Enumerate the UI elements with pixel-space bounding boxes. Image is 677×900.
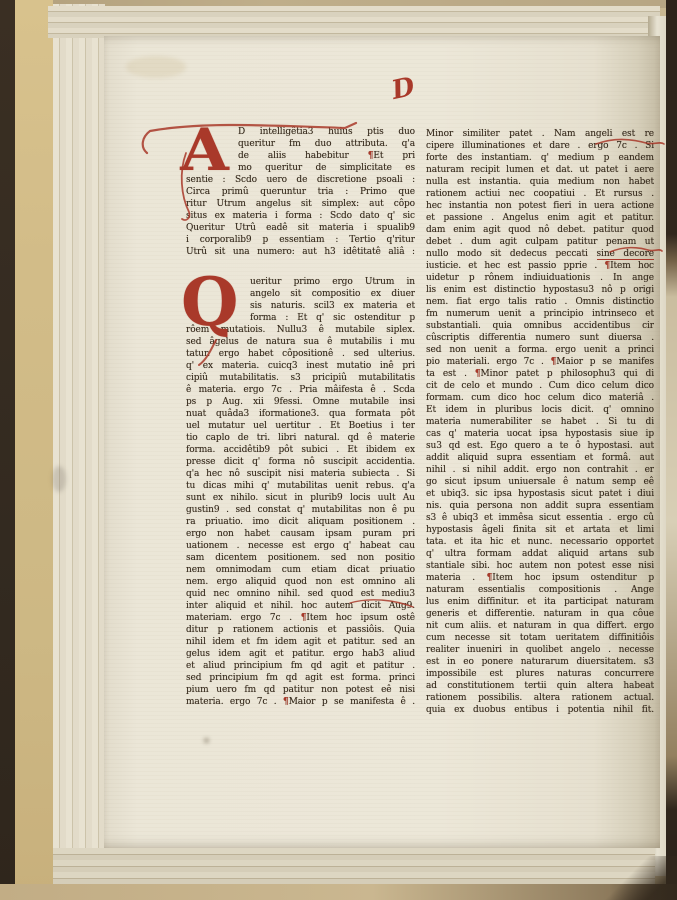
text-column-right: Minor similiter patet . Nam angeli est r… <box>426 128 654 716</box>
text-line: nihil idem et fm idem agit et patitur. s… <box>186 636 415 648</box>
text-line: quia ex duobus entibus i potentia nihil … <box>426 704 654 716</box>
text-line: rationem possibilis. altera rationem act… <box>426 692 654 704</box>
text-line: ritur Utrum angelus sit simplex: aut côp… <box>186 198 415 210</box>
text-line: s3 ê ubiq3 et immêsa sicut essentia . er… <box>426 512 654 524</box>
text-line: realiter inueniri in quolibet angelo . n… <box>426 644 654 656</box>
pilcrow-mark-icon: ¶ <box>301 613 307 623</box>
text-line: situs ex materia i forma : Scdo dato q' … <box>186 210 415 222</box>
text-line: tio caplo de tri. libri natural. qd ê ma… <box>186 432 415 444</box>
text-line: generis et differentie. naturam in qua c… <box>426 608 654 620</box>
text-line: et ubiq3. sic ipsa hypostasis sicut pate… <box>426 488 654 500</box>
text-line: formam. cum dico hoc celum dico materiâ … <box>426 392 654 404</box>
text-line: nem. fiat ergo talis ratio . Omnis disti… <box>426 296 654 308</box>
text-line: dam enim agit quod nô debet. patitur quo… <box>426 224 654 236</box>
text-line: nuat quâda3 iformatione3. qua formata pô… <box>186 408 415 420</box>
text-line: su3 qd est. Ego quero a te ô hypostasi. … <box>426 440 654 452</box>
text-line: i corporalib9 p essentiam : Tertio q'rit… <box>186 234 415 246</box>
text-line: ditur p rationem actionis et passiôis. Q… <box>186 624 415 636</box>
text-line: presse dicit q' forma nô suscipit accide… <box>186 456 415 468</box>
text-line: gustin9 . sed constat q' mutabilitas non… <box>186 504 415 516</box>
text-line: et passione . Angelus enim agit et patit… <box>426 212 654 224</box>
text-block: AD intelligêtia3 huius ptis duoqueritur … <box>186 126 415 258</box>
rubricated-initial-q: Q <box>181 269 239 335</box>
book-edge-right <box>666 0 677 900</box>
text-line: materia numerabiliter se habet . Si tu d… <box>426 416 654 428</box>
text-line: ta est . ¶Minor patet p philosophu3 qui … <box>426 368 654 380</box>
text-line: inter aliquid et nihil. hoc autem dicit … <box>186 600 415 612</box>
text-line: nem omnimodam cum etiam dicat priuatio <box>186 564 415 576</box>
red-underlined-phrase: sine decore <box>597 249 654 260</box>
text-line: cûscriptis differentia numero sunt diuer… <box>426 332 654 344</box>
page-stack-edges-left <box>53 4 105 896</box>
text-line: ps p Aug. xii 9fessi. Omne mutabile insi <box>186 396 415 408</box>
text-line: naturam recipit lumen et dat. ut patet i… <box>426 164 654 176</box>
text-line: pium uero fm qd patitur non potest eê ni… <box>186 684 415 696</box>
text-line: cit de celo et mundo . Cum dico celum di… <box>426 380 654 392</box>
text-line: q'a hec nô suscipit nisi materia subiect… <box>186 468 415 480</box>
text-line: rationem actiui nec coopatiui . Et rursu… <box>426 188 654 200</box>
text-line: lis enim est distinctio hypostasu3 nô p … <box>426 284 654 296</box>
aged-page-edges-left <box>15 0 53 900</box>
text-line: tu dicas mihi q' mutabilitas uenit rebus… <box>186 480 415 492</box>
text-line: quid nec omnino nihil. sed quod est medi… <box>186 588 415 600</box>
text-line: nullo modo sit dedecus peccati sine deco… <box>426 248 654 260</box>
text-line: est in eo ponere naturarum diuersitatem.… <box>426 656 654 668</box>
text-line: Et idem in pluribus locis dicit. q' omni… <box>426 404 654 416</box>
text-block: Minor similiter patet . Nam angeli est r… <box>426 128 654 716</box>
page-stack-edges-top <box>48 6 660 38</box>
text-line: ê materia. ergo 7c . Pria mâifesta ê . S… <box>186 384 415 396</box>
text-line: nulla est instantia. quia medium non hab… <box>426 176 654 188</box>
text-line: cipere illuminationes et dare . ergo 7c … <box>426 140 654 152</box>
stain-mark <box>204 738 209 743</box>
text-line: uationem . necesse est ergo q' habeat ca… <box>186 540 415 552</box>
text-line: ra priuatio. imo dicit aliquam positione… <box>186 516 415 528</box>
text-line: forma. accidêtib9 pôt subici . Et ibidem… <box>186 444 415 456</box>
shadow-corner-bottom-right <box>600 856 677 900</box>
text-line: addit aliquid supra essentiam et formâ. … <box>426 452 654 464</box>
text-line: Utrû sit una numero: aut h3 idêtitatê al… <box>186 246 415 258</box>
text-line: hec instantia non potest fieri in uera a… <box>426 200 654 212</box>
stain-mark <box>126 56 186 78</box>
text-line: sam dicentem positionem. sed non positio <box>186 552 415 564</box>
text-line: uidetur p rônem indiuiduationis . In ang… <box>426 272 654 284</box>
pilcrow-mark-icon: ¶ <box>283 697 289 707</box>
text-line: go sicut ipsum uniuersale ê natum semp e… <box>426 476 654 488</box>
text-line: cipiû mutabilitatis. s3 pricipiû mutabil… <box>186 372 415 384</box>
page-stack-edges-bottom <box>53 848 655 884</box>
pilcrow-mark-icon: ¶ <box>487 573 493 583</box>
text-line: nit cum aliis. et naturam in qua differt… <box>426 620 654 632</box>
text-line: nihil . si nihil addit. ergo non contrah… <box>426 464 654 476</box>
text-line: tatur. ergo habet côpositionê . sed ulte… <box>186 348 415 360</box>
text-line: iusticie. et hec est passio pprie . ¶Ite… <box>426 260 654 272</box>
text-line: Circa primû queruntur tria : Primo que <box>186 186 415 198</box>
pilcrow-mark-icon: ¶ <box>368 151 374 161</box>
text-line: sed non uenit a forma. ergo uenit a prin… <box>426 344 654 356</box>
text-line: et aliud principium fm qd agit et patitu… <box>186 660 415 672</box>
text-line: nem. ergo aliquid quod non est omnino al… <box>186 576 415 588</box>
text-line: hypostasis âgeli finita sit et artata et… <box>426 524 654 536</box>
text-line: cas q' materia uocat ipsa hypostasis siu… <box>426 428 654 440</box>
text-line: uel mutatur uel uertitur . Et Boetius i … <box>186 420 415 432</box>
text-line: nis. quia persona non addit supra essent… <box>426 500 654 512</box>
text-line: naturam essentialis compositionis . Ange <box>426 584 654 596</box>
stain-mark <box>52 466 66 492</box>
text-line: q' ex materia. cuicq3 inest mutatio inê … <box>186 360 415 372</box>
aged-page-edges-bottom <box>0 884 677 900</box>
text-block: Queritur primo ergo Utrum inangelo sit c… <box>186 276 415 708</box>
text-line: tata. et ita hic et nunc. necessario opp… <box>426 536 654 548</box>
pilcrow-mark-icon: ¶ <box>604 261 610 271</box>
text-line: sunt ex nihilo. sicut in plurib9 locis u… <box>186 492 415 504</box>
text-line: materia. ergo 7c . ¶Maior p se manifesta… <box>186 696 415 708</box>
text-line: pio materiali. ergo 7c . ¶Maior p se man… <box>426 356 654 368</box>
text-line: forte des instantiam. q' medium p eandem <box>426 152 654 164</box>
text-line: substantiali. quia omnibus accidentibus … <box>426 320 654 332</box>
text-column-left: AD intelligêtia3 huius ptis duoqueritur … <box>186 126 415 708</box>
text-line: cum necesse sit totam ueritatem diffinit… <box>426 632 654 644</box>
text-line: materiam. ergo 7c . ¶Item hoc ipsum ostê <box>186 612 415 624</box>
rubricated-initial-a: A <box>180 121 229 179</box>
text-line: lus enim diffinitur. et ita participat n… <box>426 596 654 608</box>
text-line: debet . dum agit culpam patitur penam ut <box>426 236 654 248</box>
text-line: ergo non habet causam ipsam puram pri <box>186 528 415 540</box>
text-line: Queritur Utrû eadê sit materia i spualib… <box>186 222 415 234</box>
text-line: gelus idem agit et patitur. ergo hab3 al… <box>186 648 415 660</box>
text-line: q' ultra formam addat aliquid artans sub <box>426 548 654 560</box>
text-line: materia . ¶Item hoc ipsum ostenditur p <box>426 572 654 584</box>
spine-shadow-left <box>0 0 15 900</box>
text-line: ad constitutionem tertii quin altera hab… <box>426 680 654 692</box>
text-line: fm numerum uenit a principio intrinseco … <box>426 308 654 320</box>
pilcrow-mark-icon: ¶ <box>475 369 481 379</box>
text-line: stantiale sibi. hoc autem non potest ess… <box>426 560 654 572</box>
pilcrow-mark-icon: ¶ <box>551 357 557 367</box>
text-line: Minor similiter patet . Nam angeli est r… <box>426 128 654 140</box>
text-line: sed principium fm qd agit est forma. pri… <box>186 672 415 684</box>
book-photo: D AD intelligêtia3 huius ptis duoqueritu… <box>0 0 677 900</box>
text-line: impossibile est plures naturas concurrer… <box>426 668 654 680</box>
